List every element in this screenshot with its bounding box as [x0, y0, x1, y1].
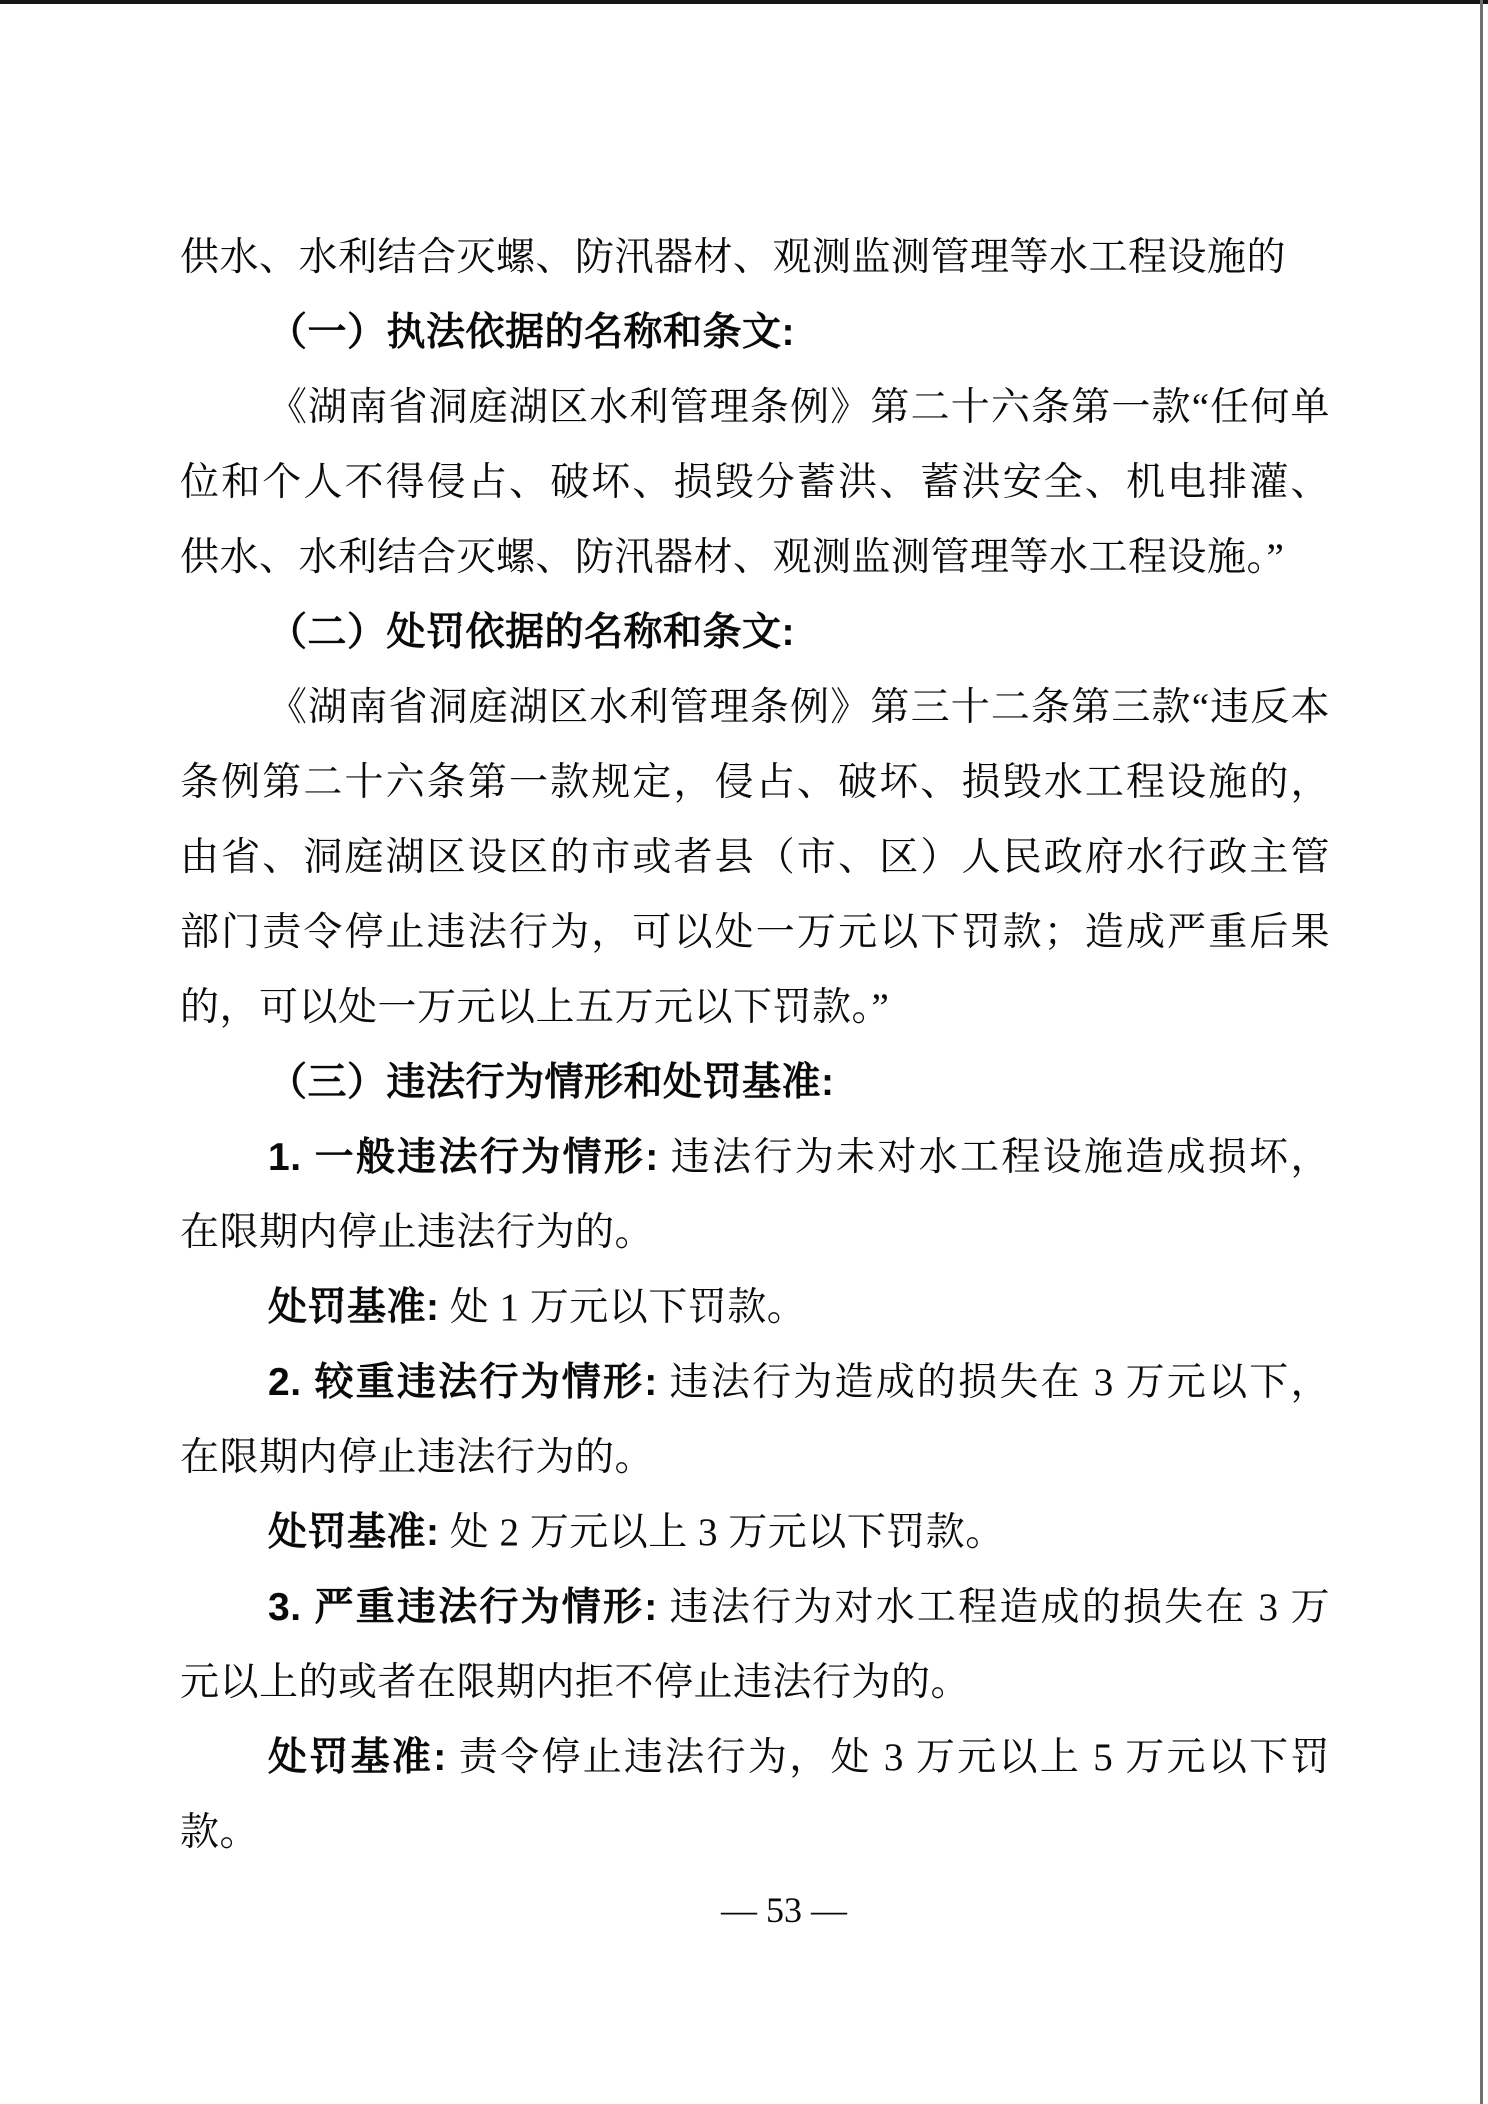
penalty-line: 处罚基准: 责令停止违法行为，处 3 万元以上 5 万元以下罚 [180, 1720, 1330, 1795]
section-heading: （三）违法行为情形和处罚基准: [180, 1045, 1330, 1120]
emphasis-run: 3. 严重违法行为情形: [268, 1586, 658, 1629]
text-run: 的，可以处一万元以上五万元以下罚款。” [180, 986, 889, 1029]
text-run: 处 1 万元以下罚款。 [440, 1286, 807, 1329]
penalty-line: 处罚基准: 处 2 万元以上 3 万元以下罚款。 [180, 1495, 1330, 1570]
text-run: 在限期内停止违法行为的。 [180, 1211, 654, 1254]
text-run: 在限期内停止违法行为的。 [180, 1436, 654, 1479]
body-line: 《湖南省洞庭湖区水利管理条例》第三十二条第三款“违反本 [180, 670, 1330, 745]
text-run: 元以上的或者在限期内拒不停止违法行为的。 [180, 1661, 970, 1704]
penalty-line: 处罚基准: 处 1 万元以下罚款。 [180, 1270, 1330, 1345]
text-run: 由省、洞庭湖区设区的市或者县（市、区）人民政府水行政主管 [180, 836, 1330, 879]
emphasis-run: 处罚基准: [268, 1511, 440, 1554]
body-line: 在限期内停止违法行为的。 [180, 1195, 1330, 1270]
text-run: 处 2 万元以上 3 万元以下罚款。 [440, 1511, 1005, 1554]
emphasis-run: 处罚基准: [268, 1286, 440, 1329]
page-top-edge [0, 0, 1488, 4]
emphasis-run: （二）处罚依据的名称和条文: [268, 611, 795, 654]
emphasis-run: 2. 较重违法行为情形: [268, 1361, 658, 1404]
body-line: 的，可以处一万元以上五万元以下罚款。” [180, 970, 1330, 1045]
text-run: 供水、水利结合灭螺、防汛器材、观测监测管理等水工程设施的 [180, 236, 1286, 279]
body-line: 部门责令停止违法行为，可以处一万元以下罚款；造成严重后果 [180, 895, 1330, 970]
text-run: 违法行为未对水工程设施造成损坏， [659, 1136, 1330, 1179]
page-right-edge [1480, 0, 1483, 2104]
emphasis-run: （一）执法依据的名称和条文: [268, 311, 795, 354]
body-line: 由省、洞庭湖区设区的市或者县（市、区）人民政府水行政主管 [180, 820, 1330, 895]
page-number: — 53 — [721, 1882, 847, 1938]
document-body: 供水、水利结合灭螺、防汛器材、观测监测管理等水工程设施的（一）执法依据的名称和条… [180, 220, 1330, 1870]
emphasis-run: 处罚基准: [268, 1736, 447, 1779]
text-run: 《湖南省洞庭湖区水利管理条例》第二十六条第一款“任何单 [268, 386, 1330, 429]
section-heading: （一）执法依据的名称和条文: [180, 295, 1330, 370]
numbered-item-line: 3. 严重违法行为情形: 违法行为对水工程造成的损失在 3 万 [180, 1570, 1330, 1645]
body-line: 条例第二十六条第一款规定，侵占、破坏、损毁水工程设施的， [180, 745, 1330, 820]
body-line: 位和个人不得侵占、破坏、损毁分蓄洪、蓄洪安全、机电排灌、 [180, 445, 1330, 520]
body-line: 在限期内停止违法行为的。 [180, 1420, 1330, 1495]
body-line: 款。 [180, 1795, 1330, 1870]
continuation-line: 供水、水利结合灭螺、防汛器材、观测监测管理等水工程设施的 [180, 220, 1330, 295]
text-run: 违法行为对水工程造成的损失在 3 万 [658, 1586, 1330, 1629]
text-run: 违法行为造成的损失在 3 万元以下， [658, 1361, 1330, 1404]
body-line: 元以上的或者在限期内拒不停止违法行为的。 [180, 1645, 1330, 1720]
document-page: 供水、水利结合灭螺、防汛器材、观测监测管理等水工程设施的（一）执法依据的名称和条… [0, 0, 1488, 2104]
text-run: 条例第二十六条第一款规定，侵占、破坏、损毁水工程设施的， [180, 761, 1330, 804]
text-run: 供水、水利结合灭螺、防汛器材、观测监测管理等水工程设施。” [180, 536, 1284, 579]
body-line: 供水、水利结合灭螺、防汛器材、观测监测管理等水工程设施。” [180, 520, 1330, 595]
section-heading: （二）处罚依据的名称和条文: [180, 595, 1330, 670]
numbered-item-line: 1. 一般违法行为情形: 违法行为未对水工程设施造成损坏， [180, 1120, 1330, 1195]
text-run: 部门责令停止违法行为，可以处一万元以下罚款；造成严重后果 [180, 911, 1330, 954]
text-run: 款。 [180, 1811, 259, 1854]
emphasis-run: （三）违法行为情形和处罚基准: [268, 1061, 835, 1104]
text-run: 责令停止违法行为，处 3 万元以上 5 万元以下罚 [447, 1736, 1330, 1779]
numbered-item-line: 2. 较重违法行为情形: 违法行为造成的损失在 3 万元以下， [180, 1345, 1330, 1420]
text-run: 位和个人不得侵占、破坏、损毁分蓄洪、蓄洪安全、机电排灌、 [180, 461, 1330, 504]
emphasis-run: 1. 一般违法行为情形: [268, 1136, 659, 1179]
text-run: 《湖南省洞庭湖区水利管理条例》第三十二条第三款“违反本 [268, 686, 1330, 729]
body-line: 《湖南省洞庭湖区水利管理条例》第二十六条第一款“任何单 [180, 370, 1330, 445]
